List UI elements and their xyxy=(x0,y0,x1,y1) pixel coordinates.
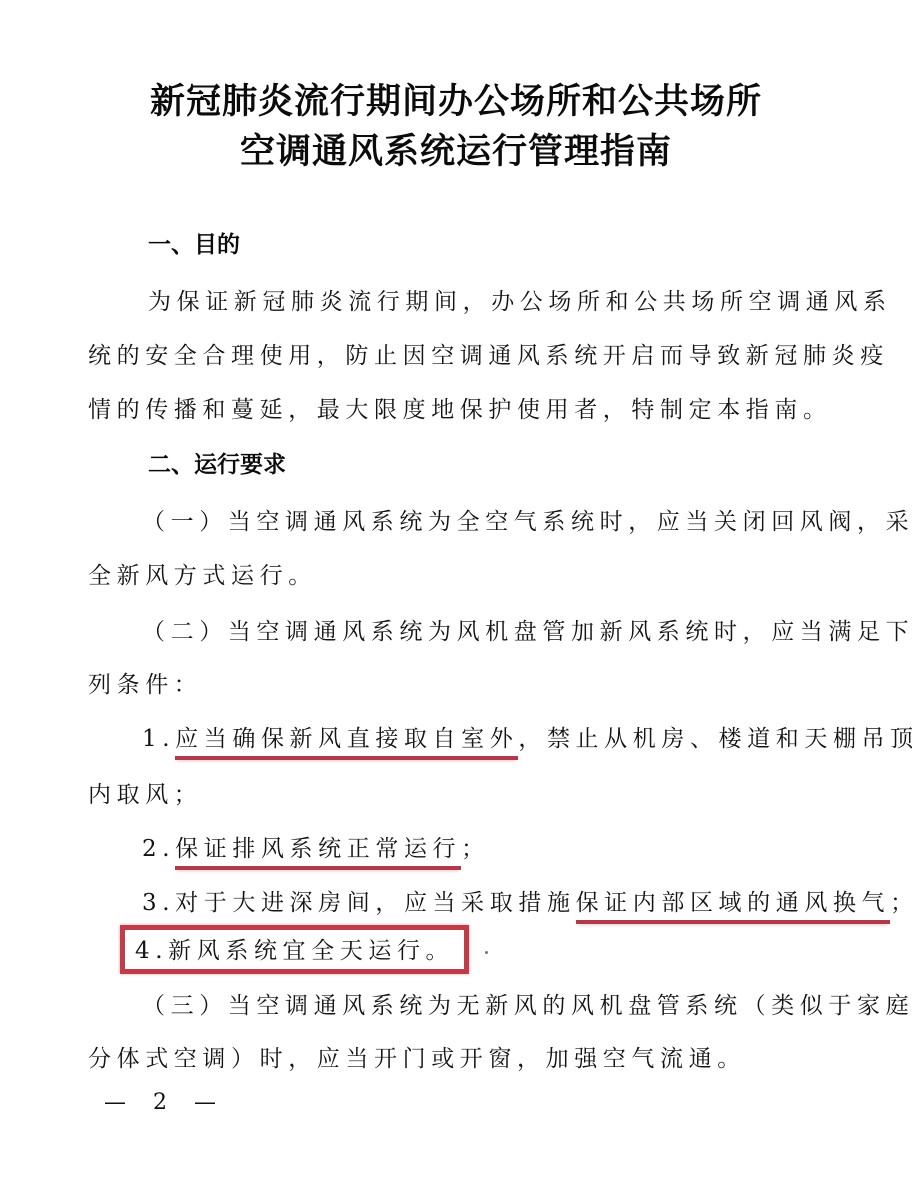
purpose-paragraph-line-2: 统的安全合理使用，防止因空调通风系统开启而导致新冠肺炎疫 xyxy=(88,337,889,370)
purpose-paragraph-line-3: 情的传播和蔓延，最大限度地保护使用者，特制定本指南。 xyxy=(88,391,832,424)
section-heading-purpose: 一、目的 xyxy=(148,226,240,259)
condition-4-text: 新风系统宜全天运行。 xyxy=(168,938,454,964)
condition-2-rest: ； xyxy=(461,836,490,862)
requirement-2-line-2: 列条件： xyxy=(88,666,202,699)
condition-1-rest: ，禁止从机房、楼道和天棚吊顶 xyxy=(518,726,912,752)
purpose-paragraph-line-1: 为保证新冠肺炎流行期间，办公场所和公共场所空调通风系 xyxy=(148,283,892,316)
document-title-line-1: 新冠肺炎流行期间办公场所和公共场所 xyxy=(0,74,912,124)
condition-3-number: 3. xyxy=(142,890,175,916)
condition-3: 3.对于大进深房间，应当采取措施保证内部区域的通风换气； xyxy=(142,884,912,917)
requirement-3-line-1: （三）当空调通风系统为无新风的风机盘管系统（类似于家庭 xyxy=(142,987,912,1020)
page-number: — 2 — xyxy=(104,1090,226,1115)
condition-4-highlight-box: 4.新风系统宜全天运行。 xyxy=(120,925,469,974)
stray-mark xyxy=(485,951,488,954)
condition-3-rest: ； xyxy=(890,890,912,916)
condition-4-number: 4. xyxy=(135,938,168,964)
condition-1-underlined-text: 应当确保新风直接取自室外 xyxy=(175,726,518,760)
condition-1: 1.应当确保新风直接取自室外，禁止从机房、楼道和天棚吊顶 xyxy=(142,720,912,753)
requirement-3-line-2: 分体式空调）时，应当开门或开窗，加强空气流通。 xyxy=(88,1040,746,1073)
condition-1-continuation: 内取风； xyxy=(88,776,202,809)
requirement-1-line-1: （一）当空调通风系统为全空气系统时，应当关闭回风阀，采用 xyxy=(142,503,912,536)
requirement-1-line-2: 全新风方式运行。 xyxy=(88,557,317,590)
condition-1-number: 1. xyxy=(142,726,175,752)
condition-2-number: 2. xyxy=(142,836,175,862)
condition-2-underlined-text: 保证排风系统正常运行 xyxy=(175,836,461,870)
requirement-2-line-1: （二）当空调通风系统为风机盘管加新风系统时，应当满足下 xyxy=(142,613,912,646)
condition-2: 2.保证排风系统正常运行； xyxy=(142,830,490,863)
condition-3-underlined-text: 保证内部区域的通风换气 xyxy=(576,890,891,924)
section-heading-requirements: 二、运行要求 xyxy=(148,446,286,479)
condition-3-prefix: 对于大进深房间，应当采取措施 xyxy=(175,890,575,916)
document-title-line-2: 空调通风系统运行管理指南 xyxy=(0,124,912,174)
